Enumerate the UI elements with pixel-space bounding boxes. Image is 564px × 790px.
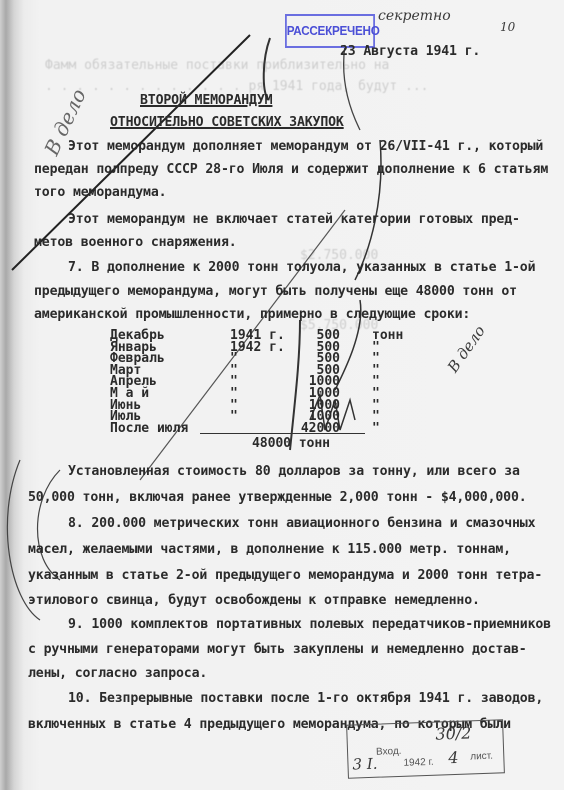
receipt-sheets-label: лист. [470,751,493,763]
paragraph-line: метов военного снаряжения. [34,235,237,250]
item-7-line: предыдущего меморандума, могут быть полу… [34,284,517,299]
receipt-number: 30/2 [435,723,472,743]
item-7-line: американской промышленности, примерно в … [34,307,470,322]
receipt-sheets: 4 [448,748,459,767]
paragraph-line: Этот меморандум дополняет меморандум от … [68,139,543,154]
declassified-stamp: РАССЕКРЕЧЕНО [285,14,375,48]
schedule-unit: " [372,423,380,435]
item-9-line: 9. 1000 комплектов портативных полевых п… [68,617,551,632]
item-7-line: 7. В дополнение к 2000 тонн толуола, ука… [68,260,535,275]
receipt-year: 1942 г. [403,757,434,769]
item-8-line: указанным в статье 2-ой предыдущего мемо… [28,568,542,583]
item-8-line: 8. 200.000 метрических тонн авиационного… [68,516,535,531]
schedule-month: После июля [110,423,188,435]
schedule-total: 48000 тонн [252,436,330,451]
document-date: 23 Августа 1941 г. [340,44,480,59]
handwritten-secret-note: секретно [378,8,451,24]
schedule-year: " [230,411,238,423]
page-number: 10 [500,20,515,34]
receipt-date: 3 I. [352,755,378,774]
item-8-line: масел, желаемыми частями, в дополнение к… [28,542,511,557]
paragraph-line: Этот меморандум не включает статей катег… [68,212,520,227]
item-10-line: 10. Безпрерывные поставки после 1-го окт… [68,691,543,706]
receipt-stamp: Вход. 30/2 3 I. 1942 г. 4 лист. [346,719,505,778]
document-subtitle: ОТНОСИТЕЛЬНО СОВЕТСКИХ ЗАКУПОК [110,115,344,130]
price-line: 50,000 тонн, включая ранее утвержденные … [28,490,527,505]
document-title: ВТОРОЙ МЕМОРАНДУМ [140,93,272,108]
item-9-line: лены, согласно запроса. [28,666,207,681]
paragraph-line: передан полпреду СССР 28-го Июля и содер… [34,162,548,177]
item-9-line: с ручными генераторами могут быть закупл… [28,642,527,657]
item-8-line: этилового свинца, будут освобождены к от… [28,593,480,608]
total-rule [200,433,365,434]
price-line: Установленная стоимость 80 долларов за т… [68,464,520,479]
receipt-label: Вход. [376,746,402,758]
paragraph-line: того меморандума. [34,185,166,200]
